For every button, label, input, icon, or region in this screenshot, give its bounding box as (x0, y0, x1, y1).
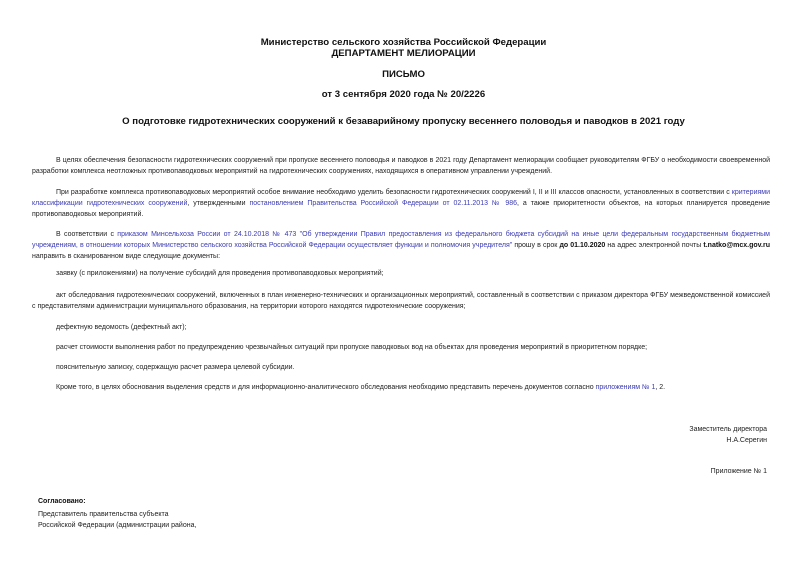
appendix-link[interactable]: приложениям № 1 (596, 384, 656, 391)
paragraph-3-text: направить в сканированном виде следующие… (32, 253, 220, 260)
paragraph-1: В целях обеспечения безопасности гидроте… (32, 155, 770, 177)
agreed-line-1: Представитель правительства субъекта (38, 509, 169, 520)
list-item: пояснительную записку, содержащую расчет… (32, 362, 770, 373)
document-subject: О подготовке гидротехнических сооружений… (0, 116, 807, 127)
paragraph-2-text: При разработке комплекса противопаводков… (56, 189, 732, 196)
document-date-number: от 3 сентября 2020 года № 20/2226 (0, 89, 807, 100)
list-item: акт обследования гидротехнических сооруж… (32, 290, 770, 312)
deadline: до 01.10.2020 (559, 242, 605, 249)
paragraph-2-text: , утвержденными (187, 200, 249, 207)
agreed-line-2: Российской Федерации (администрации райо… (38, 520, 196, 531)
list-item: дефектную ведомость (дефектный акт); (32, 322, 770, 333)
agreed-label: Согласовано: (38, 496, 86, 507)
appendix-label: Приложение № 1 (567, 466, 767, 477)
government-decree-link[interactable]: постановлением Правительства Российской … (249, 200, 517, 207)
list-item: расчет стоимости выполнения работ по пре… (32, 342, 770, 353)
paragraph-2: При разработке комплекса противопаводков… (32, 187, 770, 220)
signature-title: Заместитель директора (567, 424, 767, 435)
signature-name: Н.А.Серегин (567, 435, 767, 446)
department-name: ДЕПАРТАМЕНТ МЕЛИОРАЦИИ (0, 48, 807, 59)
paragraph-3-text: В соответствии с (56, 231, 117, 238)
list-item: заявку (с приложениями) на получение суб… (32, 268, 770, 279)
paragraph-4-text: , 2. (655, 384, 665, 391)
ministry-name: Министерство сельского хозяйства Российс… (0, 37, 807, 48)
paragraph-4-text: Кроме того, в целях обоснования выделени… (56, 384, 596, 391)
document-type: ПИСЬМО (0, 69, 807, 80)
paragraph-4: Кроме того, в целях обоснования выделени… (32, 382, 770, 393)
paragraph-3: В соответствии с приказом Минсельхоза Ро… (32, 229, 770, 262)
paragraph-3-text: на адрес электронной почты (605, 242, 703, 249)
email-address: t.natko@mcx.gov.ru (703, 242, 770, 249)
paragraph-3-text: прошу в срок (512, 242, 559, 249)
